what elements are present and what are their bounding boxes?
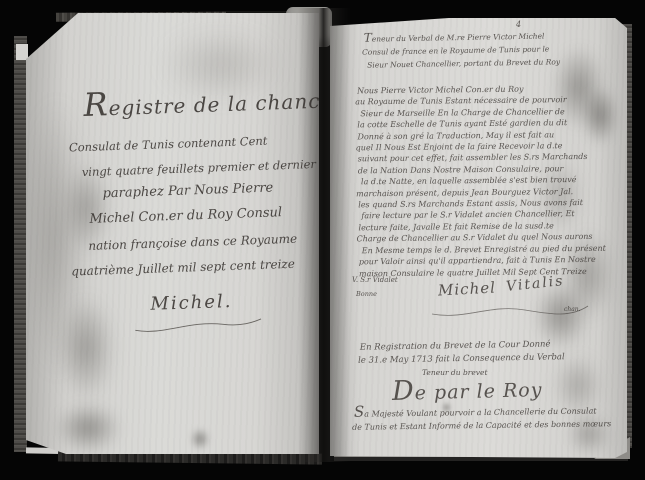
manuscript-line: le 31.e May 1713 fait la Consequence du … [358, 351, 565, 368]
signature-michel: Michel. [150, 291, 233, 315]
registration-note: En Registration du Brevet de la Cour Don… [360, 338, 565, 368]
verbal-header: Teneur du Verbal de M.re Pierre Victor M… [364, 28, 561, 71]
signature-flourish [133, 316, 263, 337]
left-page: Registre de la chancelerie Consulat de T… [26, 13, 319, 454]
manuscript-line: vingt quatre feuillets premier et dernie… [82, 157, 317, 179]
manuscript-line: Consulat de Tunis contenant Cent [69, 134, 268, 155]
manuscript-line: Michel Con.er du Roy Consul [89, 205, 282, 227]
manuscript-line: paraphez Par Nous Pierre [102, 180, 273, 201]
scanned-manuscript-spread: Registre de la chancelerie Consulat de T… [0, 0, 645, 480]
manuscript-line: quatrième Juillet mil sept cent treize [71, 257, 295, 279]
signature-michel: Michel [438, 278, 497, 299]
folio-number: 4 [516, 20, 521, 29]
royal-heading: De par le Roy [392, 372, 543, 407]
marginal-note: V. S.r Vidalet [352, 276, 398, 284]
manuscript-line: nation françoise dans ce Royaume [88, 232, 297, 253]
closing-text: Sa Majesté Voulant pourvoir a la Chancel… [354, 402, 612, 434]
book-left-fore-edge [14, 36, 27, 452]
left-page-text: Registre de la chancelerie Consulat de T… [18, 8, 326, 459]
manuscript-line: Sieur Nouet Chancellier, portant du Brev… [367, 55, 560, 71]
right-page: 4 Teneur du Verbal de M.re Pierre Victor… [330, 18, 627, 458]
signature-flourish [430, 300, 590, 320]
page-edge-notch [16, 44, 28, 60]
marginal-note: Bonne [356, 290, 377, 298]
verbal-body: Nous Pierre Victor Michel Con.er du Roya… [357, 83, 611, 280]
